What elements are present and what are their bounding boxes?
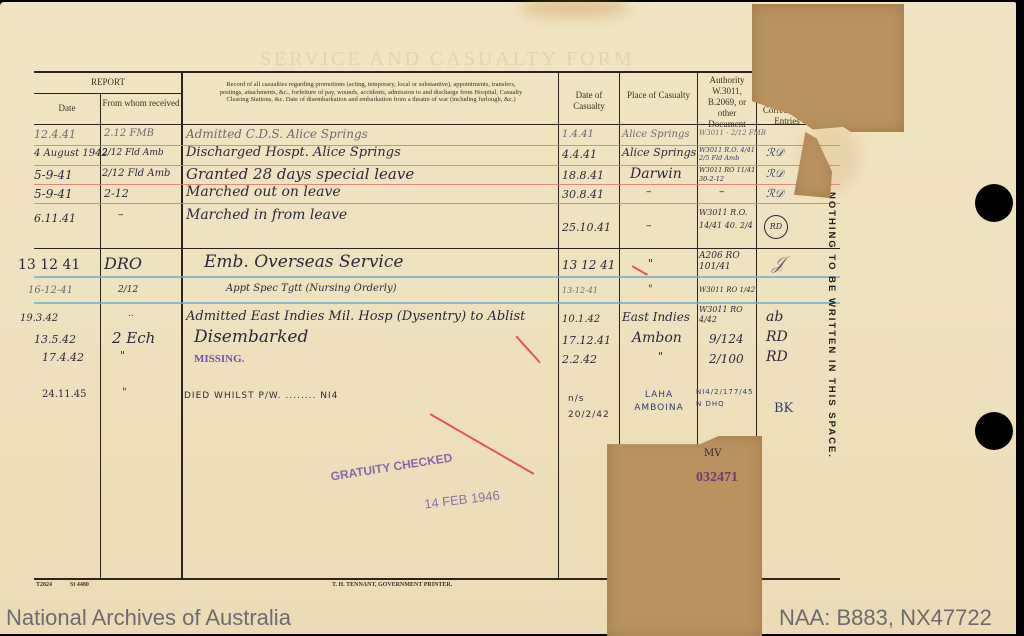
row-date-casualty: 4.4.41: [562, 148, 597, 161]
row-date: 4 August 1942: [34, 148, 108, 159]
col-divider: [181, 71, 183, 580]
row-authority: W3011 RO 11/41 30-2-12: [699, 166, 757, 184]
row-record: Emb. Overseas Service: [204, 252, 403, 272]
row-record: Admitted East Indies Mil. Hosp (Dysentry…: [186, 309, 525, 324]
row-authority: A206 RO 101/41: [699, 251, 757, 273]
row-correction-initials: ℛ𝒟: [766, 146, 784, 160]
row-date: 12.4.41: [34, 128, 76, 141]
row-authority: W3011 - 2/12 FMB: [699, 129, 766, 137]
header-authority: Authority W.3011, B.2069, or other Docum…: [698, 75, 756, 130]
row-date-casualty: 10.1.42: [562, 314, 600, 325]
row-place: –: [646, 219, 652, 232]
red-pencil-mark: [515, 335, 541, 363]
row-from: 2 Ech: [112, 329, 155, 347]
row-place: ": [648, 257, 653, 270]
faded-form-title: SERVICE AND CASUALTY FORM: [260, 48, 635, 71]
row-place: LAHA AMBOINA: [624, 389, 694, 415]
red-pencil-mark: [430, 413, 535, 475]
header-place-of-casualty: Place of Casualty: [620, 90, 697, 101]
row-place: Ambon: [632, 330, 682, 346]
row-record: Disembarked: [194, 327, 308, 347]
punch-hole: [975, 184, 1013, 222]
header-date-of-casualty: Date of Casualty: [559, 90, 619, 112]
row-authority: 2/100: [709, 352, 744, 366]
row-date-casualty: 17.12.41: [562, 334, 611, 347]
red-pencil-mark: [632, 265, 649, 276]
row-date-casualty: 2.2.42: [562, 353, 597, 366]
col-divider: [100, 93, 101, 580]
row-date: 19.3.42: [20, 313, 58, 324]
row-correction-initials: ℛ𝒟: [766, 187, 784, 201]
row-authority: 9/124: [709, 332, 744, 346]
row-record: Admitted C.D.S. Alice Springs: [186, 127, 368, 141]
rule-report-split: [34, 93, 182, 94]
row-from: ": [120, 349, 125, 362]
record-sheet: SERVICE AND CASUALTY FORM REPORT Date Fr…: [0, 2, 1016, 634]
row-from: 2/12: [118, 285, 138, 295]
row-authority: W3011 RO 1/42: [699, 286, 755, 294]
row-date-casualty: n/s 20/2/42: [568, 391, 618, 423]
row-date-casualty: 13 12 41: [562, 258, 615, 272]
stain: [520, 0, 630, 18]
row-from: 2/12 Fld Amb: [102, 168, 170, 179]
serial-mark: MV: [704, 448, 721, 459]
rule-section: [34, 248, 840, 249]
row-record: Discharged Hospt. Alice Springs: [186, 145, 401, 160]
blue-ruling: [34, 302, 840, 304]
row-correction-circled: RD: [764, 215, 788, 239]
col-divider: [558, 71, 559, 580]
row-place: East Indies: [622, 310, 690, 324]
row-from: DRO: [104, 254, 142, 273]
row-from: ": [122, 387, 127, 398]
printer-credit: T. H. TENNANT, GOVERNMENT PRINTER.: [332, 582, 452, 588]
row-correction: RD: [766, 329, 788, 345]
row-record: Appt Spec Tgtt (Nursing Orderly): [226, 283, 397, 294]
header-from-whom: From whom received: [102, 98, 180, 109]
row-date-casualty: 18.8.41: [562, 169, 604, 182]
row-correction: RD: [766, 349, 788, 365]
header-record: Record of all casualties regarding promo…: [214, 81, 528, 104]
row-date: 6.11.41: [34, 212, 76, 225]
header-report: REPORT: [34, 77, 182, 88]
row-record: Marched in from leave: [186, 207, 347, 223]
blue-ruling: [34, 276, 840, 278]
row-from: 2.12 FMB: [104, 128, 154, 139]
archive-reference-watermark: NAA: B883, NX47722: [779, 605, 992, 631]
punch-hole: [975, 412, 1013, 450]
row-correction: BK: [774, 401, 793, 416]
row-place: ": [648, 284, 653, 295]
row-date: 13.5.42: [34, 333, 76, 346]
row-date: 5-9-41: [34, 168, 73, 182]
row-place: Alice Springs: [622, 129, 690, 140]
row-authority: NI4/2/177/45 N DHQ: [696, 386, 756, 410]
row-from: ..: [128, 309, 134, 319]
row-date: 5-9-41: [34, 187, 73, 201]
row-place: Darwin: [630, 166, 682, 182]
margin-note: NOTHING TO BE WRITTEN IN THIS SPACE.: [826, 192, 837, 459]
row-authority: W3011 R.O. 4/41 2/5 Fld Amb: [699, 146, 757, 162]
header-date: Date: [34, 103, 100, 114]
row-date-casualty: 25.10.41: [562, 221, 611, 234]
row-date: 17.4.42: [42, 351, 84, 364]
row-authority: W3011 R.O. 14/41 40. 2/4: [699, 206, 757, 232]
row-authority: –: [719, 185, 725, 198]
row-correction: ab: [766, 309, 783, 325]
row-date-casualty: 30.8.41: [562, 188, 604, 201]
row-record: Marched out on leave: [186, 184, 341, 200]
row-date-casualty: 13-12-41: [562, 286, 598, 295]
rule-top: [34, 71, 840, 73]
row-place: ": [658, 350, 663, 363]
row-from: 2/12 Fld Amb: [102, 148, 164, 158]
form-code: T2824: [36, 582, 52, 588]
missing-stamp: MISSING.: [194, 353, 244, 365]
row-record: Granted 28 days special leave: [186, 165, 414, 183]
row-place: –: [646, 185, 652, 198]
red-ruling: [34, 203, 840, 204]
row-date-casualty: 1.4.41: [562, 129, 594, 140]
row-date: 24.11.45: [42, 389, 87, 400]
row-date: 13 12 41: [18, 257, 80, 273]
row-date: 16-12-41: [28, 285, 73, 296]
row-from: 2-12: [104, 187, 129, 200]
stock-code: St 4480: [70, 582, 89, 588]
row-correction-initials: ℛ𝒟: [766, 167, 784, 181]
row-record: DIED WHILST P/W. ........ NI4: [184, 391, 338, 401]
paper-patch: [607, 436, 762, 636]
serial-number-stamp: 032471: [696, 470, 738, 486]
row-correction-initials: 𝒥: [772, 253, 784, 274]
row-place: Alice Springs: [622, 146, 696, 159]
row-from: –: [118, 208, 124, 221]
row-authority: W3011 RO 4/42: [699, 305, 757, 325]
archive-name-watermark: National Archives of Australia: [6, 605, 291, 631]
